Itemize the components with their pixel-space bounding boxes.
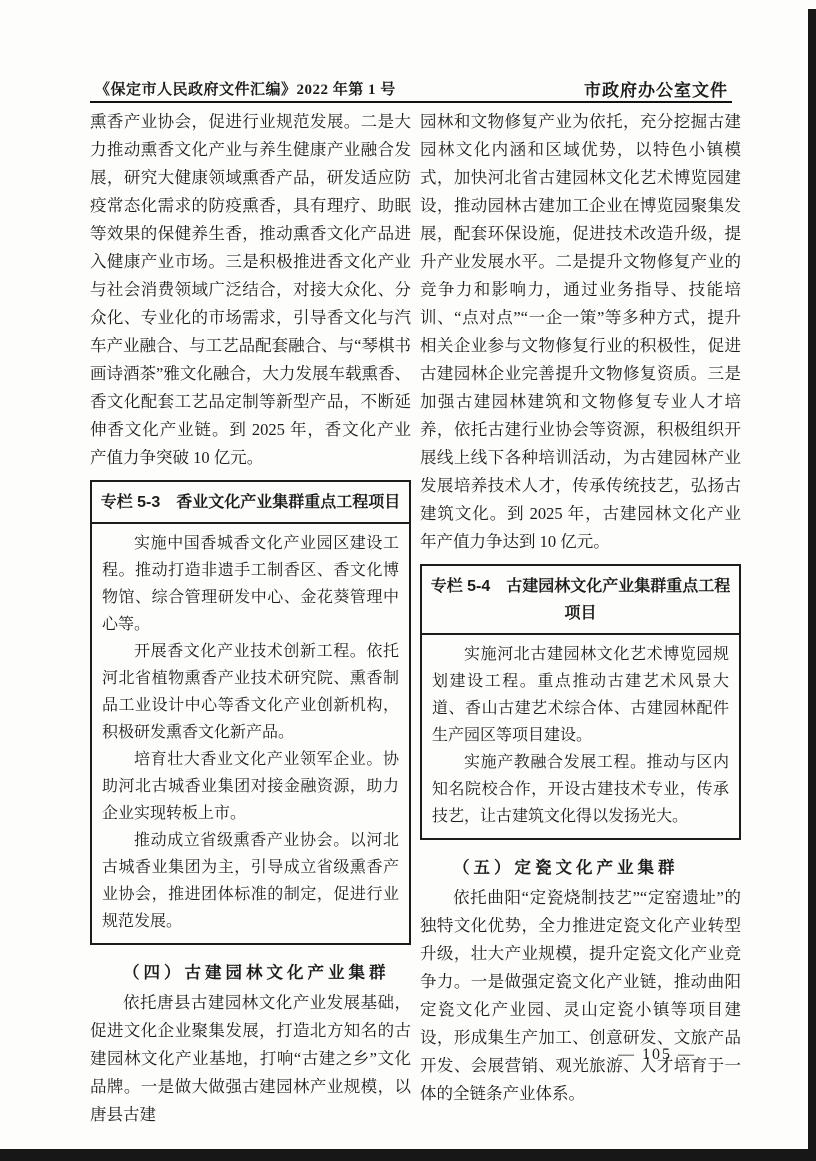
feature-box-body: 实施中国香城香文化产业园区建设工程。推动打造非遗手工制香区、香文化博物馆、综合管…	[92, 524, 409, 943]
box-paragraph: 实施河北古建园林文化艺术博览园规划建设工程。重点推动古建艺术风景大道、香山古建艺…	[432, 641, 729, 749]
feature-box-title-line: 专栏 5-4 古建园林文化产业集群重点工程	[430, 573, 731, 600]
box-paragraph: 实施产教融合发展工程。推动与区内知名院校合作，开设古建技术专业，传承技艺，让古建…	[432, 749, 729, 830]
body-paragraph: 依托曲阳“定瓷烧制技艺”“定窑遗址”的独特文化优势，全力推进定瓷文化产业转型升级…	[420, 884, 741, 1108]
scan-edge-bottom	[0, 1149, 816, 1161]
body-paragraph: 园林和文物修复产业为依托，充分挖掘古建园林文化内涵和区域优势，以特色小镇模式，加…	[420, 108, 741, 556]
box-paragraph: 推动成立省级熏香产业协会。以河北古城香业集团为主，引导成立省级熏香产业协会，推进…	[102, 827, 399, 935]
feature-box-title-line: 项目	[430, 600, 731, 627]
feature-box-body: 实施河北古建园林文化艺术博览园规划建设工程。重点推动古建艺术风景大道、香山古建艺…	[422, 635, 739, 838]
feature-box-title: 专栏 5-3 香业文化产业集群重点工程项目	[92, 482, 409, 524]
header-left-title: 《保定市人民政府文件汇编》2022 年第 1 号	[95, 78, 396, 99]
feature-box-title: 专栏 5-4 古建园林文化产业集群重点工程 项目	[422, 566, 739, 635]
header-right-title: 市政府办公室文件	[420, 76, 728, 101]
body-paragraph: 依托唐县古建园林文化产业发展基础，促进文化企业聚集发展，打造北方知名的古建园林文…	[90, 989, 411, 1129]
box-paragraph: 实施中国香城香文化产业园区建设工程。推动打造非遗手工制香区、香文化博物馆、综合管…	[102, 530, 399, 638]
body-paragraph: 熏香产业协会，促进行业规范发展。二是大力推动熏香文化产业与养生健康产业融合发展，…	[90, 108, 411, 472]
page-number: — 105 —	[618, 1046, 696, 1064]
left-column: 熏香产业协会，促进行业规范发展。二是大力推动熏香文化产业与养生健康产业融合发展，…	[90, 108, 411, 1129]
section-heading-5: （五）定瓷文化产业集群	[420, 854, 741, 882]
scan-edge-right	[808, 9, 816, 1161]
feature-box-5-4: 专栏 5-4 古建园林文化产业集群重点工程 项目 实施河北古建园林文化艺术博览园…	[420, 564, 741, 840]
section-heading-4: （四）古建园林文化产业集群	[90, 959, 411, 987]
box-paragraph: 开展香文化产业技术创新工程。依托河北省植物熏香产业技术研究院、熏香制品工业设计中…	[102, 638, 399, 746]
box-paragraph: 培育壮大香业文化产业领军企业。协助河北古城香业集团对接金融资源，助力企业实现转板…	[102, 746, 399, 827]
right-column: 园林和文物修复产业为依托，充分挖掘古建园林文化内涵和区域优势，以特色小镇模式，加…	[420, 108, 741, 1108]
header-rule	[90, 101, 732, 103]
feature-box-5-3: 专栏 5-3 香业文化产业集群重点工程项目 实施中国香城香文化产业园区建设工程。…	[90, 480, 411, 945]
